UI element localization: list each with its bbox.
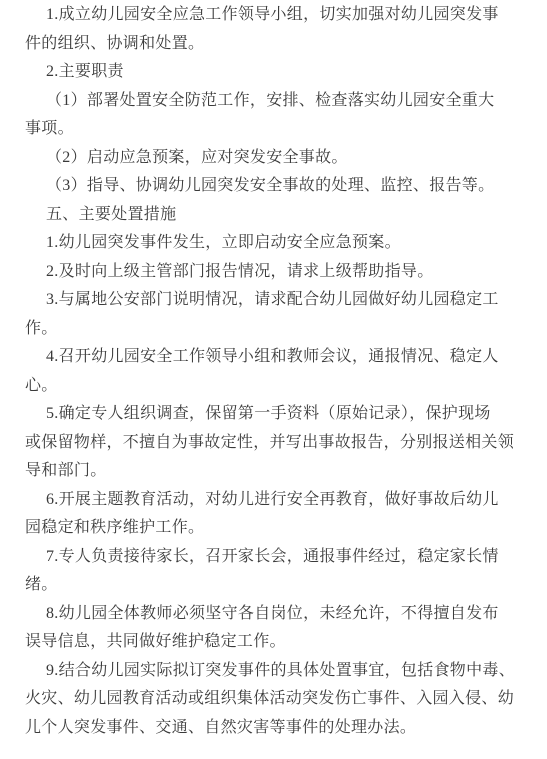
paragraph-line: 2.主要职责 <box>0 58 547 87</box>
paragraph-line: 5.确定专人组织调查，保留第一手资料（原始记录），保护现场 <box>0 400 547 429</box>
paragraph-line: 7.专人负责接待家长，召开家长会，通报事件经过，稳定家长情 <box>0 543 547 572</box>
paragraph-line: 园稳定和秩序维护工作。 <box>0 514 547 543</box>
paragraph-line: 或保留物样，不擅自为事故定性，并写出事故报告，分别报送相关领 <box>0 429 547 458</box>
paragraph-line: 儿个人突发事件、交通、自然灾害等事件的处理办法。 <box>0 714 547 743</box>
section-heading: 五、主要处置措施 <box>0 201 547 230</box>
paragraph-line: （2）启动应急预案，应对突发安全事故。 <box>0 144 547 173</box>
paragraph-line: 件的组织、协调和处置。 <box>0 30 547 59</box>
paragraph-line: （3）指导、协调幼儿园突发安全事故的处理、监控、报告等。 <box>0 172 547 201</box>
paragraph-line: 6.开展主题教育活动，对幼儿进行安全再教育，做好事故后幼儿 <box>0 486 547 515</box>
paragraph-line: 绪。 <box>0 571 547 600</box>
paragraph-line: 导和部门。 <box>0 457 547 486</box>
paragraph-line: 火灾、幼儿园教育活动或组织集体活动突发伤亡事件、入园入侵、幼 <box>0 685 547 714</box>
paragraph-line: 作。 <box>0 315 547 344</box>
paragraph-line: 4.召开幼儿园安全工作领导小组和教师会议，通报情况、稳定人 <box>0 343 547 372</box>
paragraph-line: 事项。 <box>0 115 547 144</box>
paragraph-line: 1.成立幼儿园安全应急工作领导小组，切实加强对幼儿园突发事 <box>0 1 547 30</box>
paragraph-line: 2.及时向上级主管部门报告情况，请求上级帮助指导。 <box>0 258 547 287</box>
paragraph-line: 3.与属地公安部门说明情况，请求配合幼儿园做好幼儿园稳定工 <box>0 286 547 315</box>
paragraph-line: （1）部署处置安全防范工作，安排、检查落实幼儿园安全重大 <box>0 87 547 116</box>
paragraph-line: 9.结合幼儿园实际拟订突发事件的具体处置事宜，包括食物中毒、 <box>0 657 547 686</box>
paragraph-line: 误导信息，共同做好维护稳定工作。 <box>0 628 547 657</box>
document-page: 1.成立幼儿园安全应急工作领导小组，切实加强对幼儿园突发事 件的组织、协调和处置… <box>0 0 547 759</box>
paragraph-line: 心。 <box>0 372 547 401</box>
paragraph-line: 8.幼儿园全体教师必须坚守各自岗位，未经允许，不得擅自发布 <box>0 600 547 629</box>
paragraph-line: 1.幼儿园突发事件发生，立即启动安全应急预案。 <box>0 229 547 258</box>
